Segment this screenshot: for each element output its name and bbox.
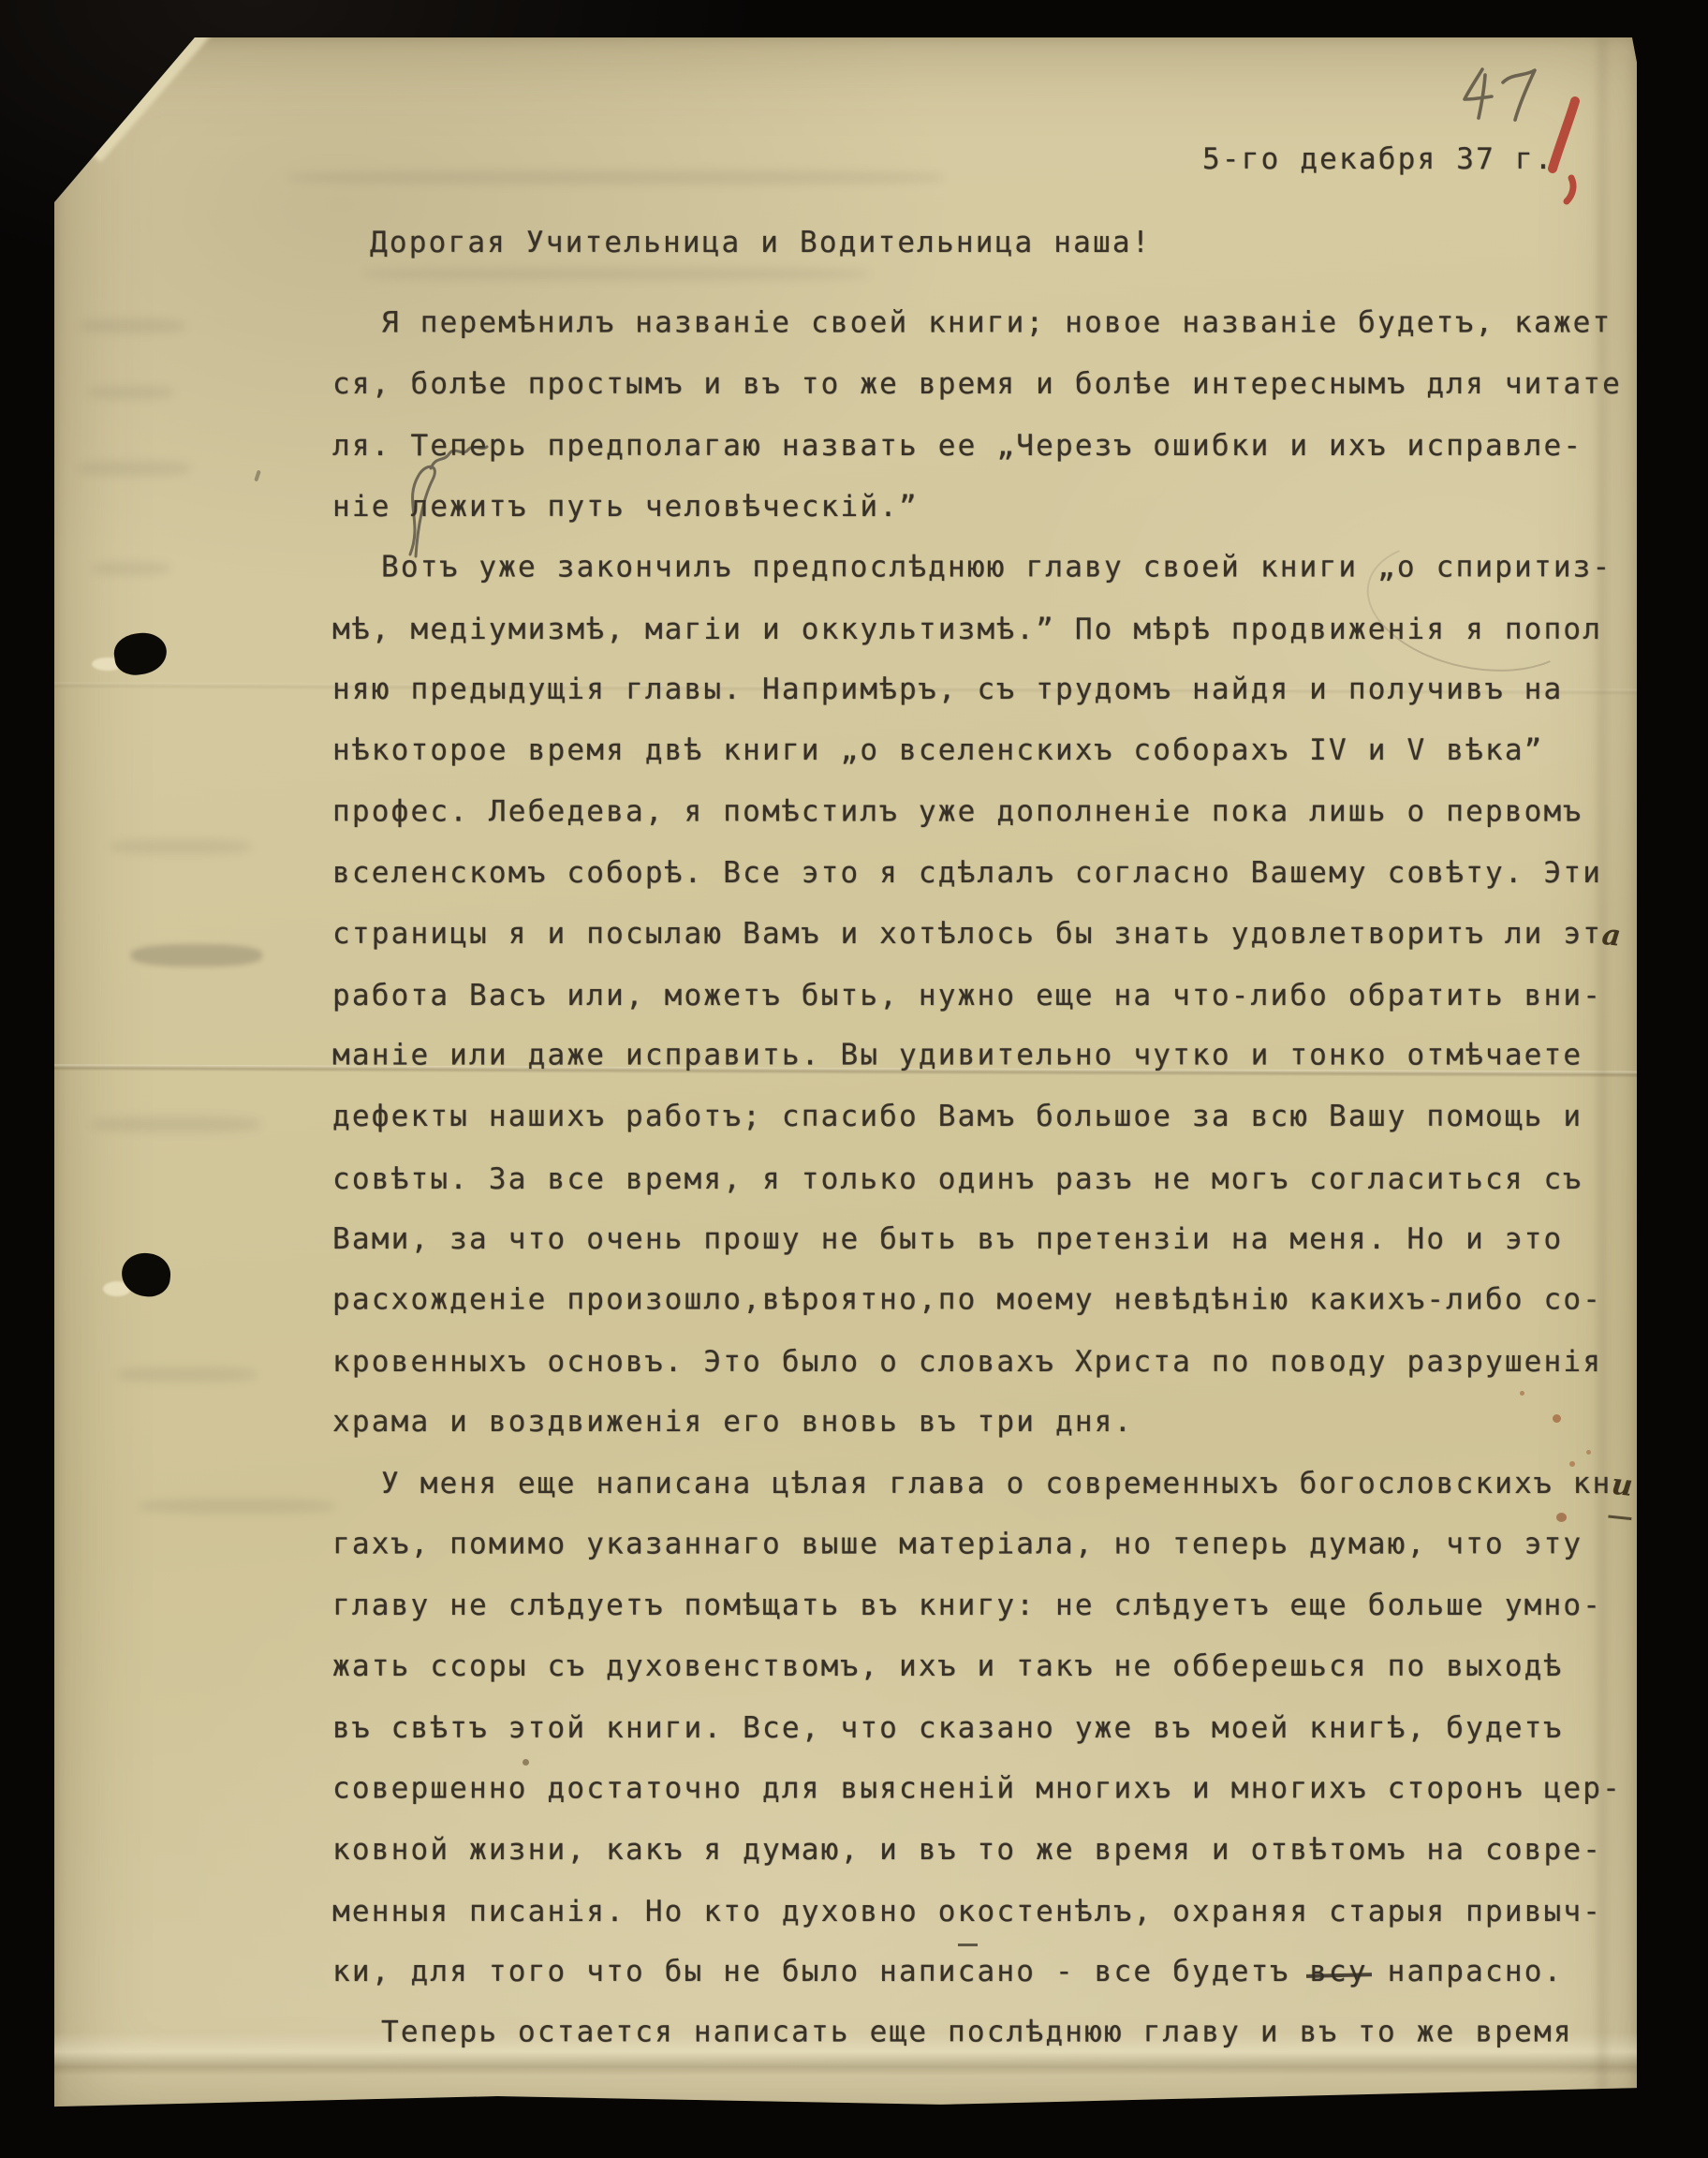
corner-tear-mark xyxy=(73,120,97,143)
handwritten-correction: и xyxy=(1609,1454,1639,1519)
struck-out-word: всу xyxy=(1309,1942,1368,2003)
handwritten-correction: а xyxy=(1599,905,1627,968)
bleedthrough-smudge xyxy=(79,461,191,476)
bleedthrough-smudge xyxy=(81,318,185,333)
bleedthrough-smudge xyxy=(92,1116,260,1132)
letter-line: нѣкоторое время двѣ книги „о вселенскихъ… xyxy=(332,720,1634,781)
bleedthrough-smudge xyxy=(88,386,174,399)
letter-line: няю предыдущія главы. Напримѣръ, съ труд… xyxy=(332,659,1634,720)
letter-line: Вотъ уже закончилъ предпослѣднюю главу с… xyxy=(332,537,1634,598)
letter-line: главу не слѣдуетъ помѣщать въ книгу: не … xyxy=(332,1575,1634,1636)
letter-line: менныя писанія. Но кто духовно окостенѣл… xyxy=(332,1882,1634,1943)
letter-line: страницы я и посылаю Вамъ и хотѣлось бы … xyxy=(332,904,1634,965)
letter-line: работа Васъ или, можетъ быть, нужно еще … xyxy=(332,966,1634,1027)
letter-line: гахъ, помимо указаннаго выше матеріала, … xyxy=(332,1514,1634,1574)
letter-line: храма и воздвиженія его вновь въ три дня… xyxy=(332,1392,1634,1453)
letter-line: маніе или даже исправить. Вы удивительно… xyxy=(332,1026,1634,1086)
letter-paper: 5-го декабря 37 г. Дорогая Учительница и… xyxy=(54,37,1637,2115)
letter-line: ніе лежитъ путь человѣческій.” xyxy=(332,477,1634,538)
letter-line: вселенскомъ соборѣ. Все это я сдѣлалъ со… xyxy=(332,843,1634,904)
letter-line: совѣты. За все время, я только одинъ раз… xyxy=(332,1149,1634,1210)
bleedthrough-smudge xyxy=(92,562,170,575)
letter-line: кровенныхъ основъ. Это было о словахъ Хр… xyxy=(332,1332,1634,1393)
torn-corner-flap xyxy=(83,7,223,163)
letter-line-text: ки, для того что бы не было написано - в… xyxy=(332,1955,1309,1988)
letter-line: Теперь остается написать еще послѣднюю г… xyxy=(332,2003,1634,2063)
letter-line: профес. Лебедева, я помѣстилъ уже дополн… xyxy=(332,781,1634,842)
letter-line: Вами, за что очень прошу не быть въ прет… xyxy=(332,1209,1634,1270)
letter-line-text: У меня еще написана цѣлая глава о соврем… xyxy=(381,1467,1612,1500)
letter-body: Я перемѣнилъ названіе своей книги; новое… xyxy=(332,293,1634,2063)
letter-salutation: Дорогая Учительница и Водительница наша! xyxy=(370,226,1152,259)
letter-line: въ свѣтъ этой книги. Все, что сказано уж… xyxy=(332,1698,1634,1759)
letter-line: совершенно достаточно для выясненій мног… xyxy=(332,1758,1634,1819)
bleedthrough-smudge xyxy=(363,268,869,280)
letter-line: ки, для того что бы не было написано - в… xyxy=(332,1942,1634,2003)
typed-underline-mark: к xyxy=(958,1882,978,1946)
letter-line: дефекты нашихъ работъ; спасибо Вамъ боль… xyxy=(332,1086,1634,1147)
letter-line-text: страницы я и посылаю Вамъ и хотѣлось бы … xyxy=(332,917,1602,951)
letter-line: расхожденіе произошло,вѣроятно,по моему … xyxy=(332,1270,1634,1331)
letter-line-text: напрасно. xyxy=(1368,1955,1564,1988)
bleedthrough-smudge xyxy=(110,839,251,854)
bleedthrough-smudge xyxy=(116,1367,257,1382)
letter-line-text: остенѣлъ, охраняя старыя привыч- xyxy=(978,1895,1603,1929)
letter-line: ся, болѣе простымъ и въ то же время и бо… xyxy=(332,354,1634,415)
punch-hole xyxy=(111,629,169,677)
letter-line-text: менныя писанія. Но кто духовно о xyxy=(332,1895,958,1929)
pencil-tick-mark xyxy=(254,470,261,482)
letter-line: Я перемѣнилъ названіе своей книги; новое… xyxy=(332,293,1634,354)
letter-line: У меня еще написана цѣлая глава о соврем… xyxy=(332,1454,1634,1515)
letter-line: жать ссоры съ духовенствомъ, ихъ и такъ … xyxy=(332,1636,1634,1697)
scanned-letter-page: 5-го декабря 37 г. Дорогая Учительница и… xyxy=(0,0,1708,2158)
bleedthrough-smudge xyxy=(288,170,944,185)
letter-line: ковной жизни, какъ я думаю, и въ то же в… xyxy=(332,1820,1634,1881)
corner-tear-mark xyxy=(98,81,130,111)
letter-line: ля. Теперь предполагаю назвать ее „Через… xyxy=(332,416,1634,477)
bleedthrough-smudge xyxy=(131,944,262,967)
letter-date: 5-го декабря 37 г. xyxy=(1202,142,1554,176)
bleedthrough-smudge xyxy=(139,1499,335,1514)
letter-line: мѣ, медіумизмѣ, магіи и оккультизмѣ.” По… xyxy=(332,599,1634,660)
